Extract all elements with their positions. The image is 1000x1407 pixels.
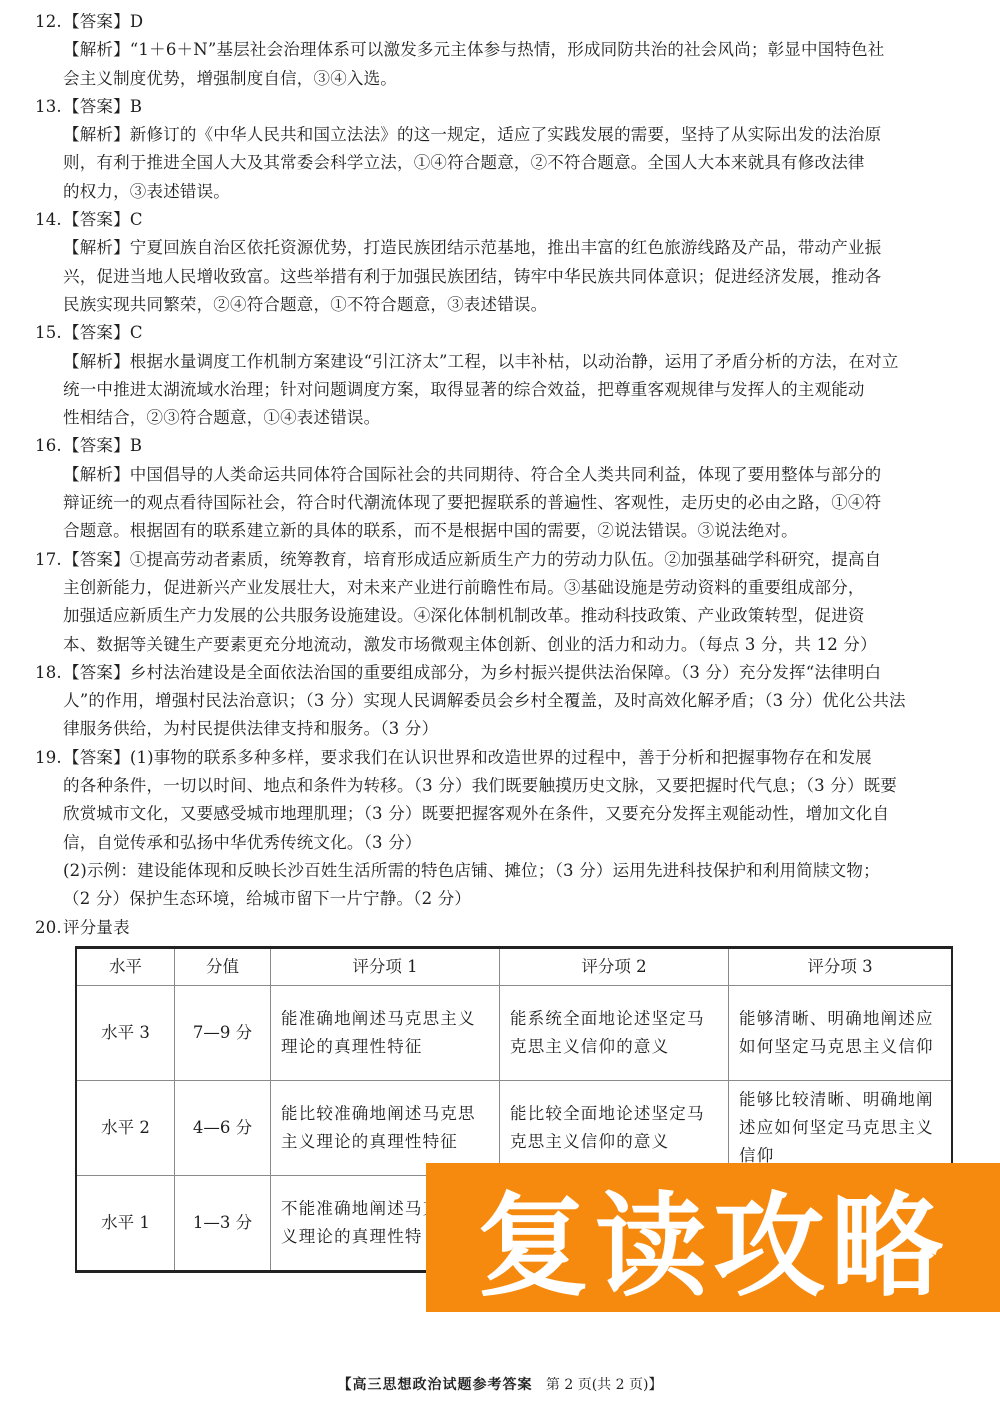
cell-criterion-2: 能系统全面地论述坚定马克思主义信仰的意义 [500,986,729,1081]
analysis-line: 【解析】宁夏回族自治区依托资源优势，打造民族团结示范基地，推出丰富的红色旅游线路… [63,234,965,262]
answer-tag: 【答案】 [63,436,130,455]
footer-title: 【高三思想政治试题参考答案 [338,1377,533,1393]
analysis-line: 兴，促进当地人民增收致富。这些举措有利于加强民族团结，铸牢中华民族共同体意识；促… [63,263,965,291]
analysis-line: 会主义制度优势，增强制度自信，③④入选。 [63,65,965,93]
question-number: 17. [35,546,63,574]
answer-value: C [130,210,143,229]
analysis-line: 【解析】根据水量调度工作机制方案建设“引江济太”工程，以丰补枯，以动治静，运用了… [63,348,965,376]
question-number: 13. [35,93,63,121]
question-12: 12. 【答案】D 【解析】“1＋6＋N”基层社会治理体系可以激发多元主体参与热… [35,8,965,93]
answer-line: 加强适应新质生产力发展的公共服务设施建设。④深化体制机制改革。推动科技政策、产业… [63,602,965,630]
answer-tag: 【答案】 [63,323,130,342]
table-row: 水平 3 7—9 分 能准确地阐述马克思主义理论的真理性特征 能系统全面地论述坚… [76,986,952,1081]
answer-line: 的各种条件，一切以时间、地点和条件为转移。（3 分）我们既要触摸历史文脉，又要把… [63,772,965,800]
analysis-line: 则，有利于推进全国人大及其常委会科学立法，①④符合题意，②不符合题意。全国人大本… [63,149,965,177]
answer-line: 【答案】①提高劳动者素质，统筹教育，培育形成适应新质生产力的劳动力队伍。②加强基… [63,546,965,574]
cell-criterion-3: 能够清晰、明确地阐述应如何坚定马克思主义信仰 [729,986,953,1081]
analysis-line: 的权力，③表述错误。 [63,178,965,206]
header-criterion-3: 评分项 3 [729,948,953,986]
answer-line: 【答案】(1)事物的联系多种多样，要求我们在认识世界和改造世界的过程中，善于分析… [63,744,965,772]
answer-line: 【答案】C [63,319,965,347]
cell-criterion-1: 能准确地阐述马克思主义理论的真理性特征 [271,986,500,1081]
answer-text: 乡村法治建设是全面依法治国的重要组成部分，为乡村振兴提供法治保障。（3 分）充分… [130,663,881,682]
cell-score: 7—9 分 [175,986,271,1081]
answer-line: 【答案】乡村法治建设是全面依法治国的重要组成部分，为乡村振兴提供法治保障。（3 … [63,659,965,687]
analysis-line: 合题意。根据固有的联系建立新的具体的联系，而不是根据中国的需要，②说法错误。③说… [63,517,965,545]
answer-value: B [130,97,142,116]
answer-content: 12. 【答案】D 【解析】“1＋6＋N”基层社会治理体系可以激发多元主体参与热… [35,8,965,942]
answer-line: 【答案】B [63,432,965,460]
question-number: 19. [35,744,63,772]
answer-line: 信，自觉传承和弘扬中华优秀传统文化。（3 分） [63,829,965,857]
question-16: 16. 【答案】B 【解析】中国倡导的人类命运共同体符合国际社会的共同期待、符合… [35,432,965,545]
cell-score: 1—3 分 [175,1176,271,1272]
analysis-line: 【解析】新修订的《中华人民共和国立法法》的这一规定，适应了实践发展的需要，坚持了… [63,121,965,149]
question-number: 18. [35,659,63,687]
header-level: 水平 [76,948,175,986]
question-number: 15. [35,319,63,347]
answer-tag: 【答案】 [63,748,130,767]
watermark-banner: 复读攻略 [426,1163,1000,1312]
answer-tag: 【答案】 [63,550,130,569]
answer-line: (2)示例：建设能体现和反映长沙百姓生活所需的特色店铺、摊位；（3 分）运用先进… [63,857,965,885]
answer-tag: 【答案】 [63,97,130,116]
answer-value: D [130,12,143,31]
header-score: 分值 [175,948,271,986]
footer-page-number: 第 2 页(共 2 页)】 [546,1377,663,1393]
cell-level: 水平 3 [76,986,175,1081]
answer-tag: 【答案】 [63,663,130,682]
question-15: 15. 【答案】C 【解析】根据水量调度工作机制方案建设“引江济太”工程，以丰补… [35,319,965,432]
analysis-line: 【解析】“1＋6＋N”基层社会治理体系可以激发多元主体参与热情，形成同防共治的社… [63,36,965,64]
answer-tag: 【答案】 [63,12,130,31]
answer-line: 律服务供给，为村民提供法律支持和服务。（3 分） [63,715,965,743]
answer-line: 人”的作用，增强村民法治意识；（3 分）实现人民调解委员会乡村全覆盖，及时高效化… [63,687,965,715]
answer-text: ①提高劳动者素质，统筹教育，培育形成适应新质生产力的劳动力队伍。②加强基础学科研… [130,550,882,569]
page-footer: 【高三思想政治试题参考答案 第 2 页(共 2 页)】 [0,1374,1000,1394]
cell-criterion-1: 能比较准确地阐述马克思主义理论的真理性特征 [271,1081,500,1176]
question-18: 18. 【答案】乡村法治建设是全面依法治国的重要组成部分，为乡村振兴提供法治保障… [35,659,965,744]
question-number: 12. [35,8,63,36]
answer-line: （2 分）保护生态环境，给城市留下一片宁静。（2 分） [63,885,965,913]
answer-line: 本、数据等关键生产要素更充分地流动，激发市场微观主体创新、创业的活力和动力。（每… [63,631,965,659]
analysis-line: 统一中推进太湖流域水治理；针对问题调度方案，取得显著的综合效益，把尊重客观规律与… [63,376,965,404]
cell-level: 水平 1 [76,1176,175,1272]
analysis-line: 民族实现共同繁荣，②④符合题意，①不符合题意，③表述错误。 [63,291,965,319]
analysis-line: 性相结合，②③符合题意，①④表述错误。 [63,404,965,432]
answer-line: 【答案】D [63,8,965,36]
answer-line: 欣赏城市文化，又要感受城市地理肌理；（3 分）既要把握客观外在条件，又要充分发挥… [63,800,965,828]
question-20: 20. 评分量表 [35,914,965,942]
answer-tag: 【答案】 [63,210,130,229]
answer-line: 【答案】B [63,93,965,121]
answer-line: 【答案】C [63,206,965,234]
header-criterion-2: 评分项 2 [500,948,729,986]
question-17: 17. 【答案】①提高劳动者素质，统筹教育，培育形成适应新质生产力的劳动力队伍。… [35,546,965,659]
question-number: 14. [35,206,63,234]
cell-score: 4—6 分 [175,1081,271,1176]
answer-line: 主创新能力，促进新兴产业发展壮大，对未来产业进行前瞻性布局。③基础设施是劳动资料… [63,574,965,602]
question-number: 20. [35,914,63,942]
question-13: 13. 【答案】B 【解析】新修订的《中华人民共和国立法法》的这一规定，适应了实… [35,93,965,206]
header-criterion-1: 评分项 1 [271,948,500,986]
question-number: 16. [35,432,63,460]
analysis-line: 辩证统一的观点看待国际社会，符合时代潮流体现了要把握联系的普遍性、客观性，走历史… [63,489,965,517]
table-header-row: 水平 分值 评分项 1 评分项 2 评分项 3 [76,948,952,986]
question-14: 14. 【答案】C 【解析】宁夏回族自治区依托资源优势，打造民族团结示范基地，推… [35,206,965,319]
answer-value: C [130,323,143,342]
rubric-title: 评分量表 [63,914,965,942]
answer-text: (1)事物的联系多种多样，要求我们在认识世界和改造世界的过程中，善于分析和把握事… [130,748,872,767]
answer-key-page: 12. 【答案】D 【解析】“1＋6＋N”基层社会治理体系可以激发多元主体参与热… [0,0,1000,1407]
analysis-line: 【解析】中国倡导的人类命运共同体符合国际社会的共同期待、符合全人类共同利益，体现… [63,461,965,489]
answer-value: B [130,436,142,455]
cell-level: 水平 2 [76,1081,175,1176]
question-19: 19. 【答案】(1)事物的联系多种多样，要求我们在认识世界和改造世界的过程中，… [35,744,965,914]
